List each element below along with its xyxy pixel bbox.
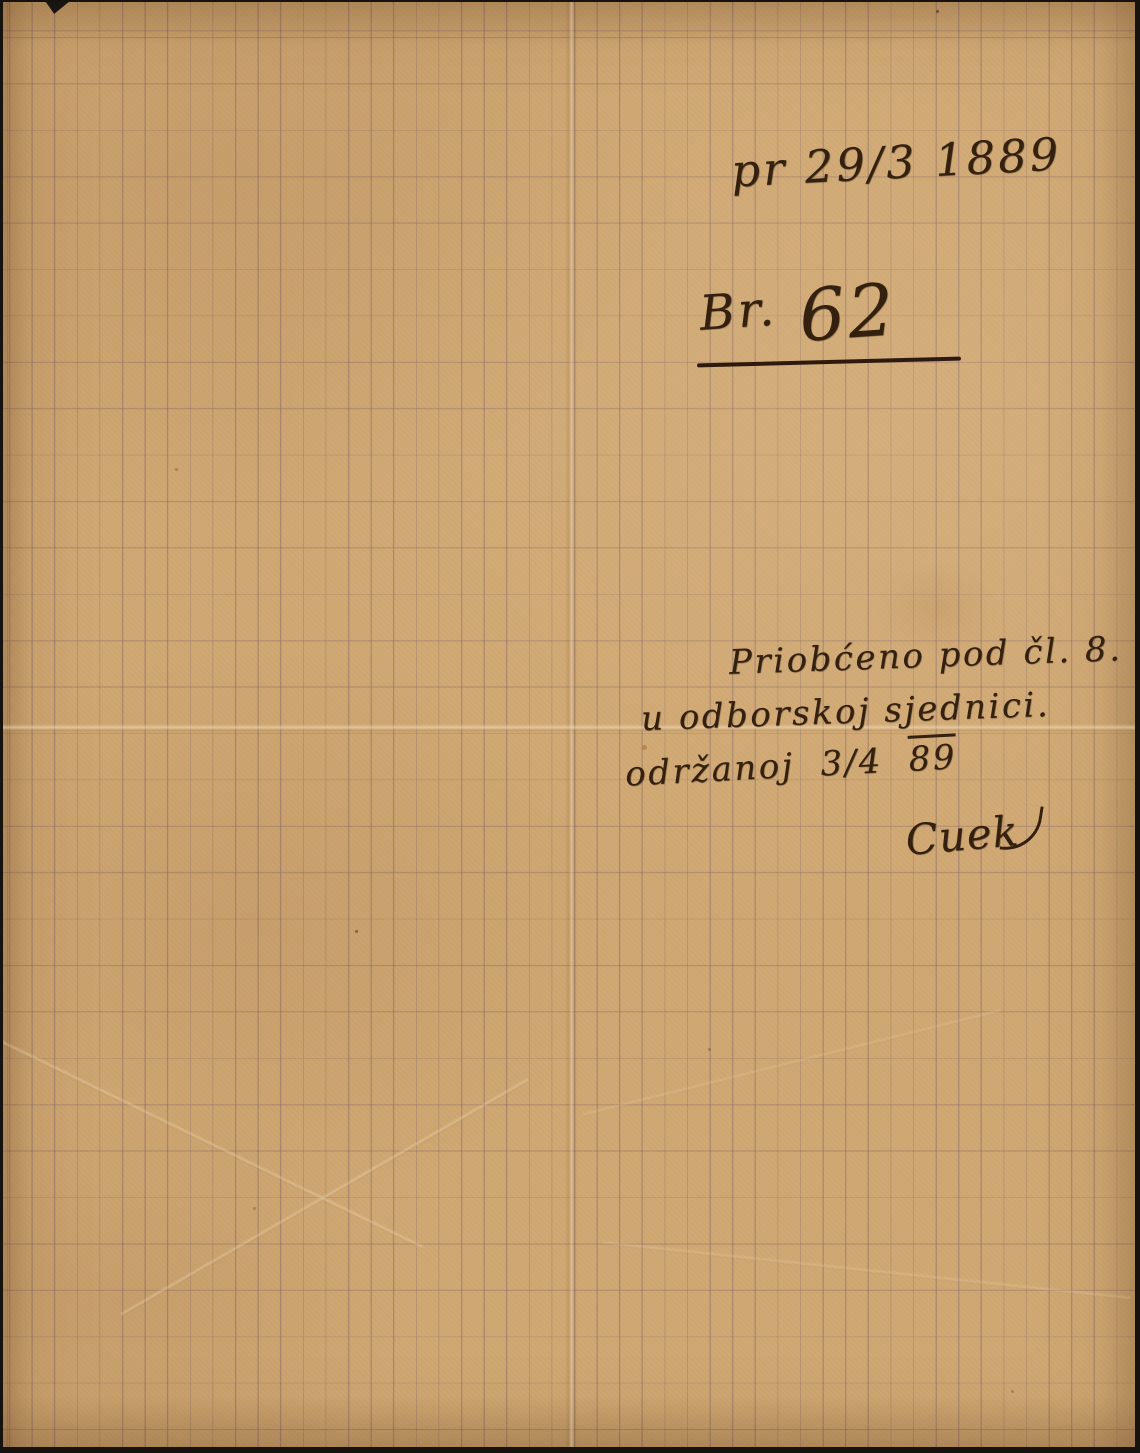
document-number-value: 62 [796,267,899,358]
document-page: pr 29/3 1889 Br.62 Priobćeno pod čl. 8. … [3,2,1135,1447]
document-number: Br.62 [697,267,899,365]
note-line-3-year: 89 [907,733,958,779]
paper-specks [3,2,6,5]
note-line-3-fraction: 3/4 [820,741,884,784]
scan-background: { "document": { "kind": "handwritten arc… [0,0,1140,1453]
document-number-label: Br. [698,281,779,342]
signature: Cuek [903,794,1044,865]
